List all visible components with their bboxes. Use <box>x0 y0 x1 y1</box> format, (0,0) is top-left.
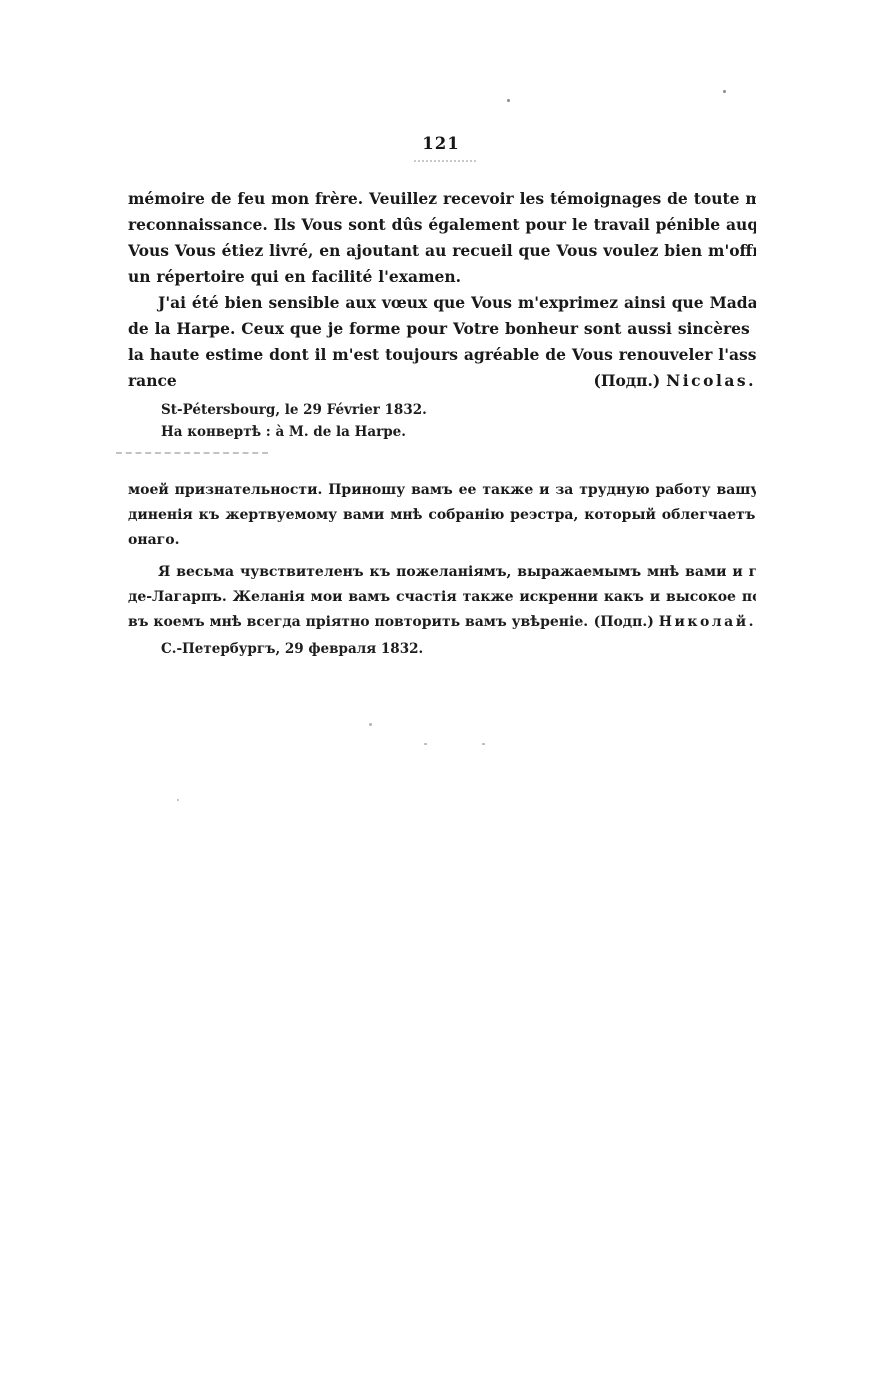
scan-speck <box>723 90 726 93</box>
russian-dateline: С.-Петербургъ, 29 февраля 1832. <box>128 638 756 660</box>
french-signature: (Подп.) Nicolas. <box>593 368 756 394</box>
russian-p2-last-line: въ коемъ мнѣ всегда пріятно повторить ва… <box>128 610 588 635</box>
scan-speck <box>424 743 427 745</box>
scan-speck <box>507 99 510 102</box>
russian-p2-line: Я весьма чувствителенъ къ пожеланіямъ, в… <box>128 560 756 585</box>
russian-signature-line: въ коемъ мнѣ всегда пріятно повторить ва… <box>128 610 756 635</box>
russian-dateline-block: С.-Петербургъ, 29 февраля 1832. <box>128 638 756 660</box>
russian-paragraph-1: моей признательности. Приношу вамъ ее та… <box>128 478 756 553</box>
french-p1-line: reconnaissance. Ils Vous sont dûs égalem… <box>128 212 756 238</box>
french-paragraph-1: mémoire de feu mon frère. Veuillez recev… <box>128 186 756 290</box>
french-p2-last-word: rance <box>128 368 177 394</box>
french-p2-line: la haute estime dont il m'est toujours a… <box>128 342 756 368</box>
russian-signature: (Подп.) Николай. <box>594 610 756 635</box>
french-p2-line: J'ai été bien sensible aux vœux que Vous… <box>128 290 756 316</box>
french-paragraph-2: J'ai été bien sensible aux vœux que Vous… <box>128 290 756 394</box>
scan-speck <box>482 743 485 745</box>
envelope-note: На конвертѣ : à M. de la Harpe. <box>128 421 756 443</box>
french-p1-line: Vous Vous étiez livré, en ajoutant au re… <box>128 238 756 264</box>
signature-label: (Подп.) <box>594 614 654 630</box>
pagenum-smudge-marks <box>414 160 476 162</box>
russian-p1-line: онаго. <box>128 528 756 553</box>
signature-name: Nicolas. <box>666 371 756 390</box>
french-p1-line: mémoire de feu mon frère. Veuillez recev… <box>128 186 756 212</box>
russian-paragraph-2: Я весьма чувствителенъ къ пожеланіямъ, в… <box>128 560 756 635</box>
scan-speck <box>177 799 179 801</box>
page-number: 121 <box>0 134 882 153</box>
signature-name: Николай. <box>659 614 756 630</box>
french-p2-line: de la Harpe. Ceux que je forme pour Votr… <box>128 316 756 342</box>
page-content-column: mémoire de feu mon frère. Veuillez recev… <box>128 186 756 660</box>
faded-separator-artifact <box>116 452 268 454</box>
scanned-book-page: 121 mémoire de feu mon frère. Veuillez r… <box>0 0 882 1393</box>
french-dateline-block: St-Pétersbourg, le 29 Février 1832. На к… <box>128 399 756 443</box>
french-p1-line: un répertoire qui en facilité l'examen. <box>128 264 756 290</box>
french-signature-line: rance (Подп.) Nicolas. <box>128 368 756 394</box>
scan-speck <box>369 723 372 726</box>
russian-p1-line: диненія къ жертвуемому вами мнѣ собранію… <box>128 503 756 528</box>
signature-label: (Подп.) <box>593 371 660 390</box>
french-dateline: St-Pétersbourg, le 29 Février 1832. <box>128 399 756 421</box>
russian-p2-line: де-Лагарпъ. Желанія мои вамъ счастія так… <box>128 585 756 610</box>
russian-p1-line: моей признательности. Приношу вамъ ее та… <box>128 478 756 503</box>
